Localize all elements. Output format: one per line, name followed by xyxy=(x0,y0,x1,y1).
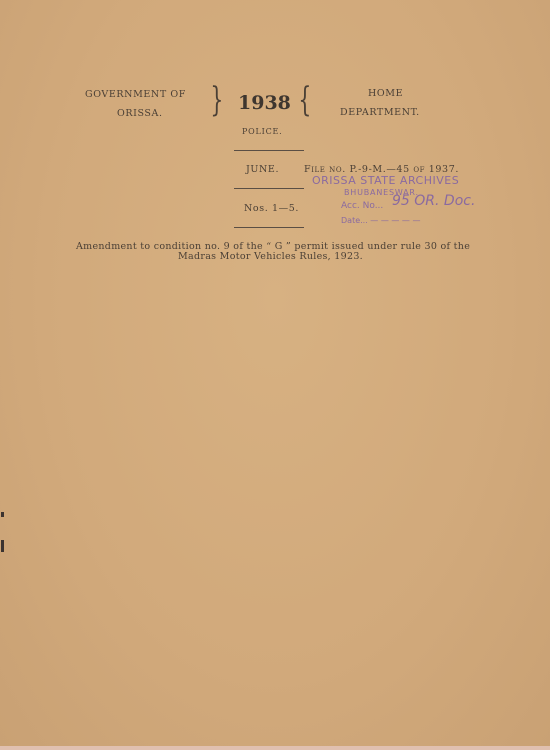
body-line-2: Madras Motor Vehicles Rules, 1923. xyxy=(178,251,363,262)
right-brace: { xyxy=(298,80,311,120)
header-orissa: ORISSA. xyxy=(117,108,163,119)
binding-mark xyxy=(1,512,4,517)
header-government: GOVERNMENT OF xyxy=(85,89,186,100)
left-brace: } xyxy=(210,80,223,120)
header-department: DEPARTMENT. xyxy=(340,107,420,118)
accession-number: 95 OR. Doc. xyxy=(392,193,475,209)
page-edge xyxy=(0,746,550,750)
date-label: Date... — — — — — xyxy=(341,216,420,225)
header-year: 1938 xyxy=(238,92,291,114)
divider-2 xyxy=(234,188,304,189)
header-subject: POLICE. xyxy=(242,127,283,136)
document-page: GOVERNMENT OF ORISSA. } 1938 { HOME DEPA… xyxy=(0,0,550,746)
accession-label: Acc. No... xyxy=(341,201,383,211)
archive-stamp-title: ORISSA STATE ARCHIVES xyxy=(312,174,459,187)
divider-1 xyxy=(234,150,304,151)
header-home: HOME xyxy=(368,88,403,99)
month: JUNE. xyxy=(246,164,279,175)
divider-3 xyxy=(234,227,304,228)
numbers: Nos. 1—5. xyxy=(244,203,299,214)
binding-mark xyxy=(1,540,4,552)
